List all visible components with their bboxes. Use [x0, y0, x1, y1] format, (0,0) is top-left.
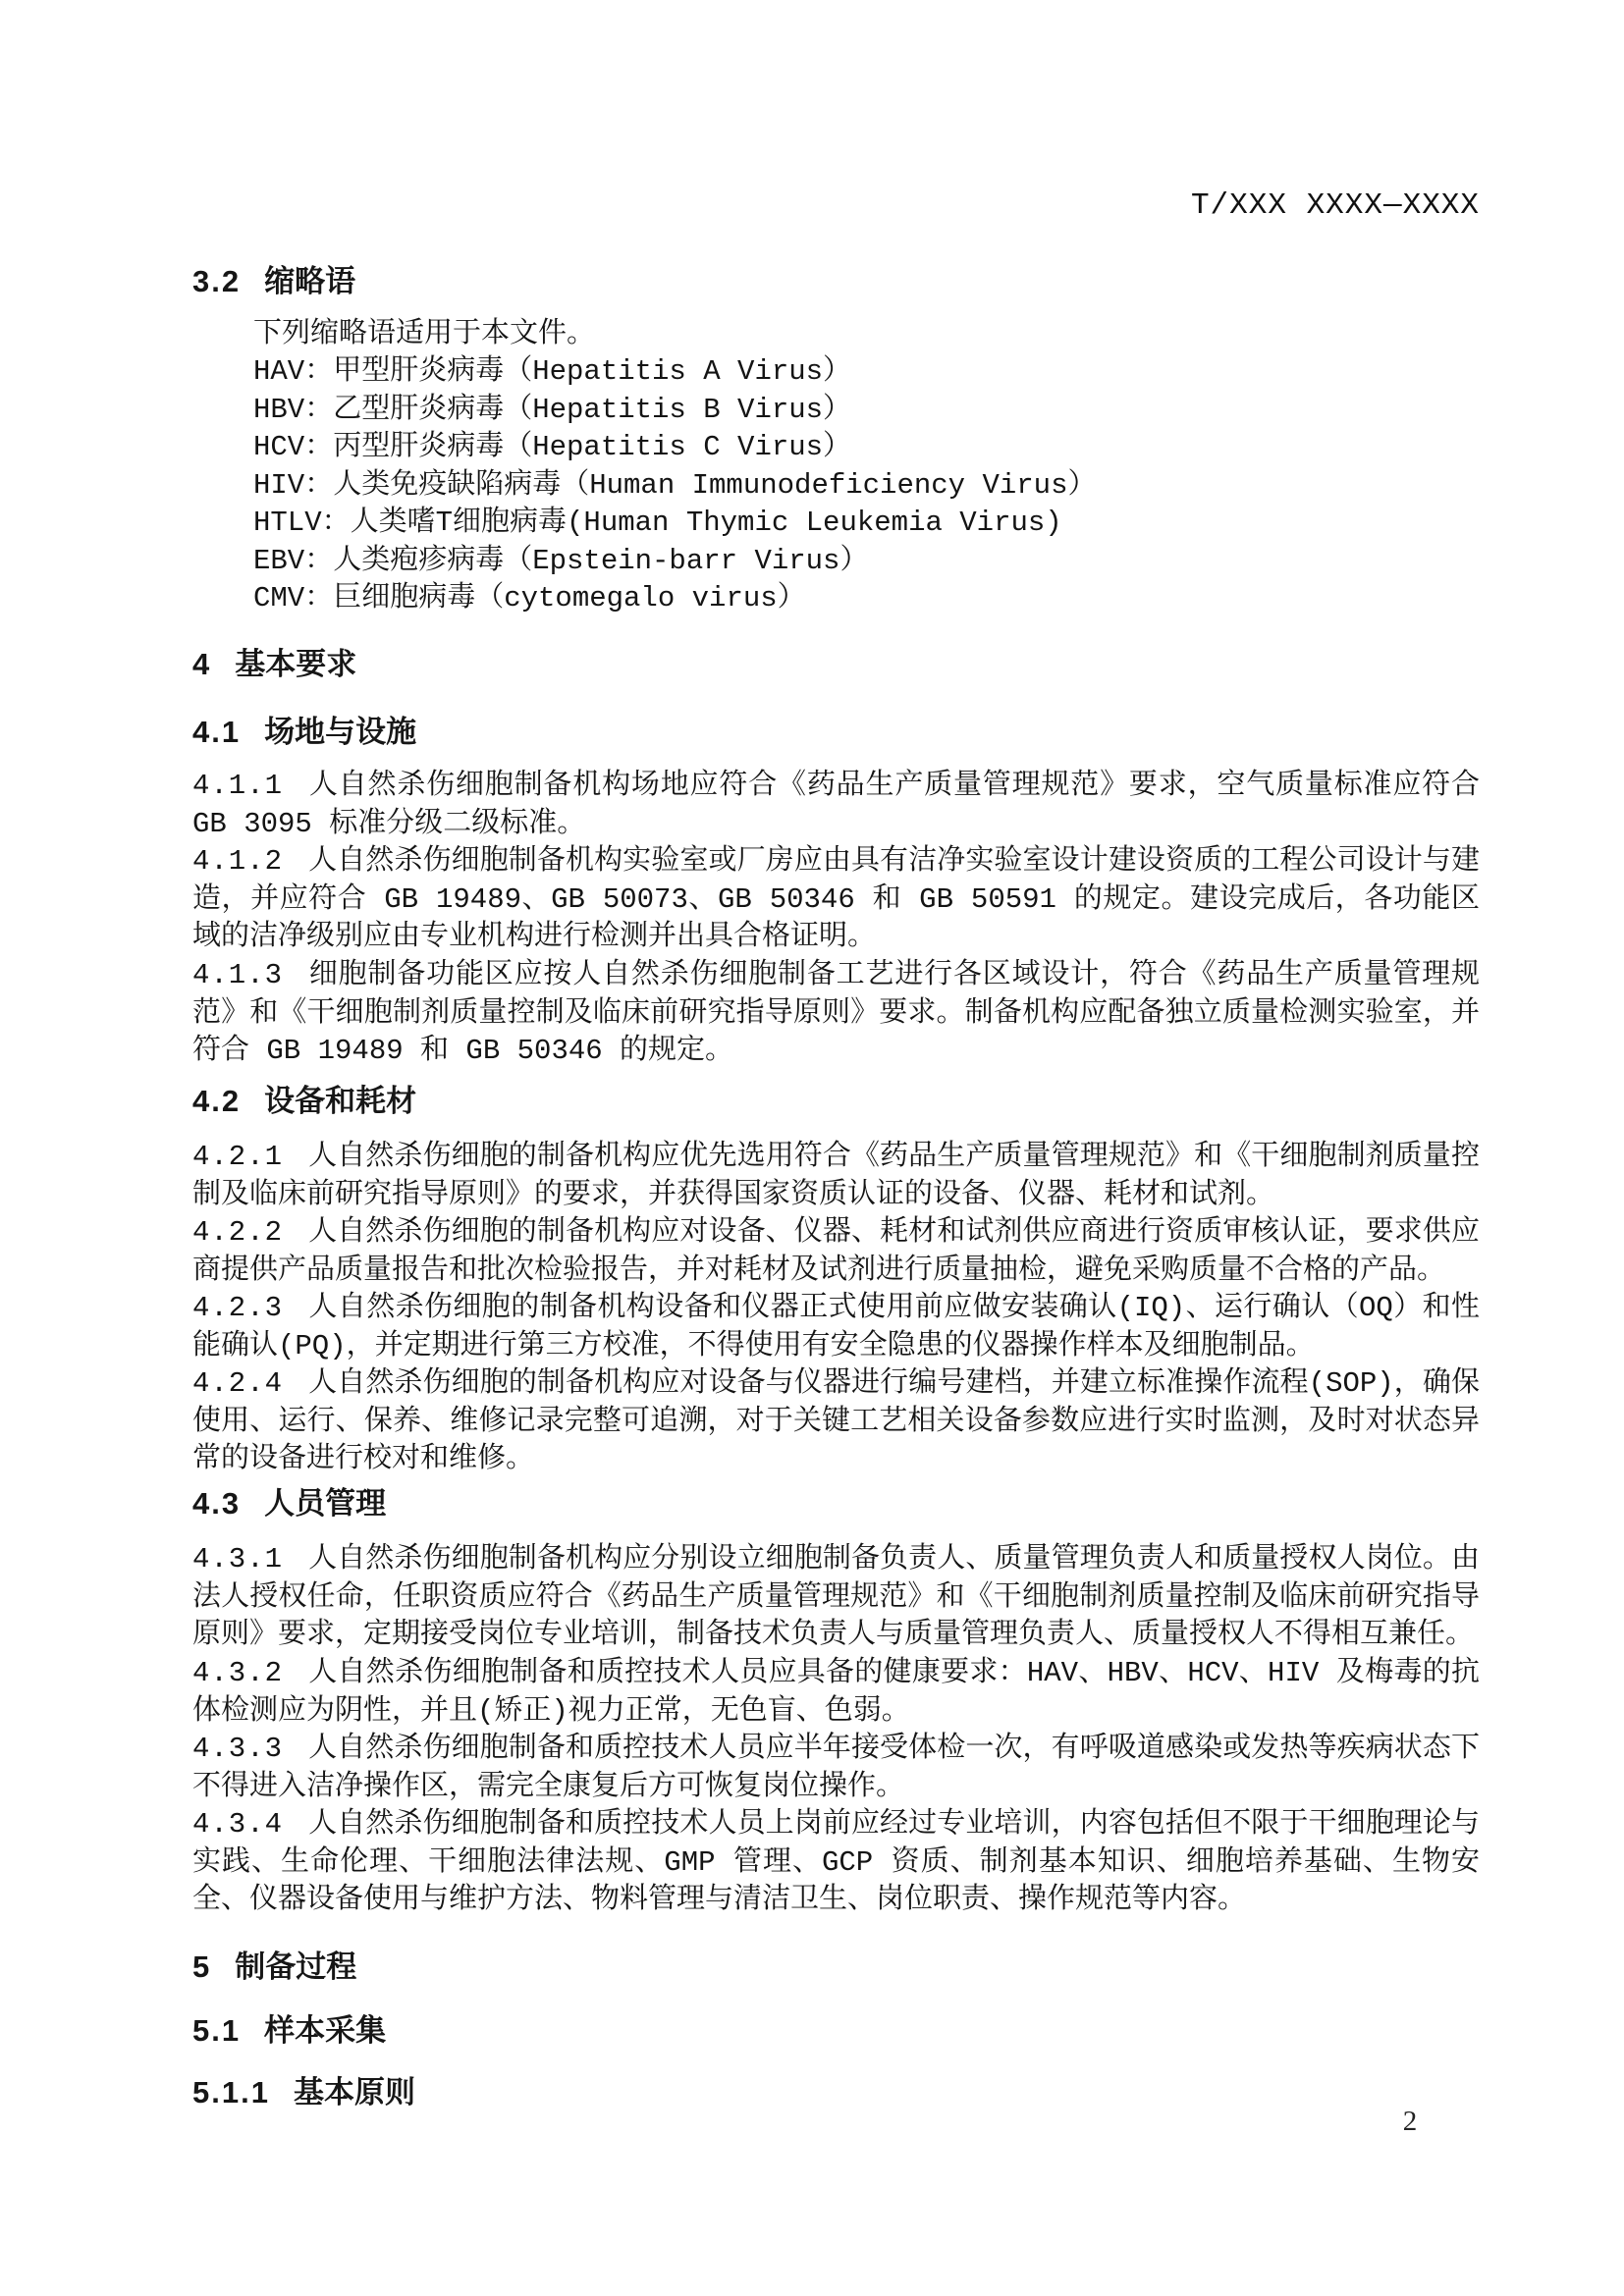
clause-4-1-3: 4.1.3细胞制备功能区应按人自然杀伤细胞制备工艺进行各区域设计，符合《药品生产…	[192, 957, 1480, 1071]
abbrev-item-ebv: EBV：人类疱疹病毒（Epstein-barr Virus）	[253, 543, 1480, 581]
clause-number: 4.1.3	[192, 957, 283, 995]
clause-4-3-1: 4.3.1人自然杀伤细胞制备机构应分别设立细胞制备负责人、质量管理负责人和质量授…	[192, 1541, 1480, 1655]
clause-text: 细胞制备功能区应按人自然杀伤细胞制备工艺进行各区域设计，符合《药品生产质量管理规…	[192, 959, 1480, 1067]
heading-title: 基本要求	[235, 647, 356, 681]
clause-number: 4.3.4	[192, 1806, 283, 1844]
clause-text: 人自然杀伤细胞制备和质控技术人员应半年接受体检一次，有呼吸道感染或发热等疾病状态…	[192, 1733, 1480, 1803]
heading-title: 人员管理	[264, 1486, 386, 1521]
document-page: T/XXX XXXX—XXXX 3.2缩略语 下列缩略语适用于本文件。 HAV：…	[0, 0, 1624, 2296]
heading-number: 4.1	[192, 714, 241, 751]
heading-number: 5.1	[192, 2012, 241, 2050]
abbrev-item-hcv: HCV：丙型肝炎病毒（Hepatitis C Virus）	[253, 429, 1480, 467]
clause-text: 人自然杀伤细胞的制备机构应优先选用符合《药品生产质量管理规范》和《干细胞制剂质量…	[192, 1141, 1480, 1211]
clause-number: 4.3.2	[192, 1655, 283, 1693]
heading-title: 制备过程	[235, 1949, 356, 1984]
clause-text: 人自然杀伤细胞制备机构场地应符合《药品生产质量管理规范》要求，空气质量标准应符合…	[192, 770, 1480, 840]
clause-text: 人自然杀伤细胞制备机构实验室或厂房应由具有洁净实验室设计建设资质的工程公司设计与…	[192, 845, 1480, 953]
clause-number: 4.2.4	[192, 1365, 283, 1404]
heading-4-2: 4.2设备和耗材	[192, 1083, 1480, 1120]
clause-number: 4.1.1	[192, 768, 283, 806]
heading-4: 4基本要求	[192, 646, 1480, 683]
heading-5-1-1: 5.1.1基本原则	[192, 2074, 1480, 2111]
heading-number: 5.1.1	[192, 2074, 270, 2111]
clause-4-3-2: 4.3.2人自然杀伤细胞制备和质控技术人员应具备的健康要求：HAV、HBV、HC…	[192, 1655, 1480, 1731]
clause-text: 人自然杀伤细胞的制备机构应对设备与仪器进行编号建档，并建立标准操作流程(SOP)…	[192, 1367, 1480, 1475]
clause-text: 人自然杀伤细胞制备和质控技术人员应具备的健康要求：HAV、HBV、HCV、HIV…	[192, 1657, 1480, 1728]
heading-number: 3.2	[192, 263, 241, 300]
heading-title: 样本采集	[264, 2013, 386, 2048]
clause-number: 4.3.1	[192, 1541, 283, 1579]
standard-number-header: T/XXX XXXX—XXXX	[192, 189, 1480, 223]
clause-text: 人自然杀伤细胞的制备机构应对设备、仪器、耗材和试剂供应商进行资质审核认证，要求供…	[192, 1216, 1480, 1287]
heading-title: 基本原则	[294, 2075, 415, 2109]
abbrev-intro: 下列缩略语适用于本文件。	[192, 316, 1480, 354]
abbrev-item-hbv: HBV：乙型肝炎病毒（Hepatitis B Virus）	[253, 392, 1480, 430]
heading-4-3: 4.3人员管理	[192, 1485, 1480, 1522]
abbreviation-list: HAV：甲型肝炎病毒（Hepatitis A Virus） HBV：乙型肝炎病毒…	[192, 353, 1480, 618]
clause-4-3-3: 4.3.3人自然杀伤细胞制备和质控技术人员应半年接受体检一次，有呼吸道感染或发热…	[192, 1731, 1480, 1806]
clause-4-3-4: 4.3.4人自然杀伤细胞制备和质控技术人员上岗前应经过专业培训，内容包括但不限于…	[192, 1806, 1480, 1920]
clause-text: 人自然杀伤细胞的制备机构设备和仪器正式使用前应做安装确认(IQ)、运行确认（OQ…	[192, 1292, 1480, 1362]
clause-4-2-1: 4.2.1人自然杀伤细胞的制备机构应优先选用符合《药品生产质量管理规范》和《干细…	[192, 1139, 1480, 1214]
heading-title: 场地与设施	[264, 715, 416, 749]
heading-3-2: 3.2缩略语	[192, 263, 1480, 300]
heading-number: 4.3	[192, 1485, 241, 1522]
abbrev-item-hav: HAV：甲型肝炎病毒（Hepatitis A Virus）	[253, 353, 1480, 392]
heading-5: 5制备过程	[192, 1949, 1480, 1986]
clause-4-2-3: 4.2.3人自然杀伤细胞的制备机构设备和仪器正式使用前应做安装确认(IQ)、运行…	[192, 1290, 1480, 1365]
clause-number: 4.2.1	[192, 1139, 283, 1177]
heading-title: 缩略语	[264, 264, 355, 298]
abbrev-item-hiv: HIV：人类免疫缺陷病毒（Human Immunodeficiency Viru…	[253, 467, 1480, 506]
heading-number: 4.2	[192, 1083, 241, 1120]
heading-number: 4	[192, 646, 211, 683]
heading-number: 5	[192, 1949, 211, 1986]
clause-4-1-2: 4.1.2人自然杀伤细胞制备机构实验室或厂房应由具有洁净实验室设计建设资质的工程…	[192, 843, 1480, 957]
clause-4-2-4: 4.2.4人自然杀伤细胞的制备机构应对设备与仪器进行编号建档，并建立标准操作流程…	[192, 1365, 1480, 1479]
heading-title: 设备和耗材	[264, 1084, 416, 1118]
abbrev-item-htlv: HTLV：人类嗜T细胞病毒(Human Thymic Leukemia Viru…	[253, 505, 1480, 543]
clause-number: 4.3.3	[192, 1731, 283, 1769]
clause-number: 4.1.2	[192, 843, 283, 881]
page-number: 2	[1379, 2104, 1441, 2139]
heading-4-1: 4.1场地与设施	[192, 714, 1480, 751]
clause-text: 人自然杀伤细胞制备机构应分别设立细胞制备负责人、质量管理负责人和质量授权人岗位。…	[192, 1543, 1480, 1651]
clause-number: 4.2.2	[192, 1214, 283, 1253]
clause-4-1-1: 4.1.1人自然杀伤细胞制备机构场地应符合《药品生产质量管理规范》要求，空气质量…	[192, 768, 1480, 843]
clause-number: 4.2.3	[192, 1290, 283, 1328]
heading-5-1: 5.1样本采集	[192, 2012, 1480, 2050]
clause-4-2-2: 4.2.2人自然杀伤细胞的制备机构应对设备、仪器、耗材和试剂供应商进行资质审核认…	[192, 1214, 1480, 1290]
abbrev-item-cmv: CMV：巨细胞病毒（cytomegalo virus）	[253, 580, 1480, 618]
clause-text: 人自然杀伤细胞制备和质控技术人员上岗前应经过专业培训，内容包括但不限于干细胞理论…	[192, 1808, 1480, 1916]
